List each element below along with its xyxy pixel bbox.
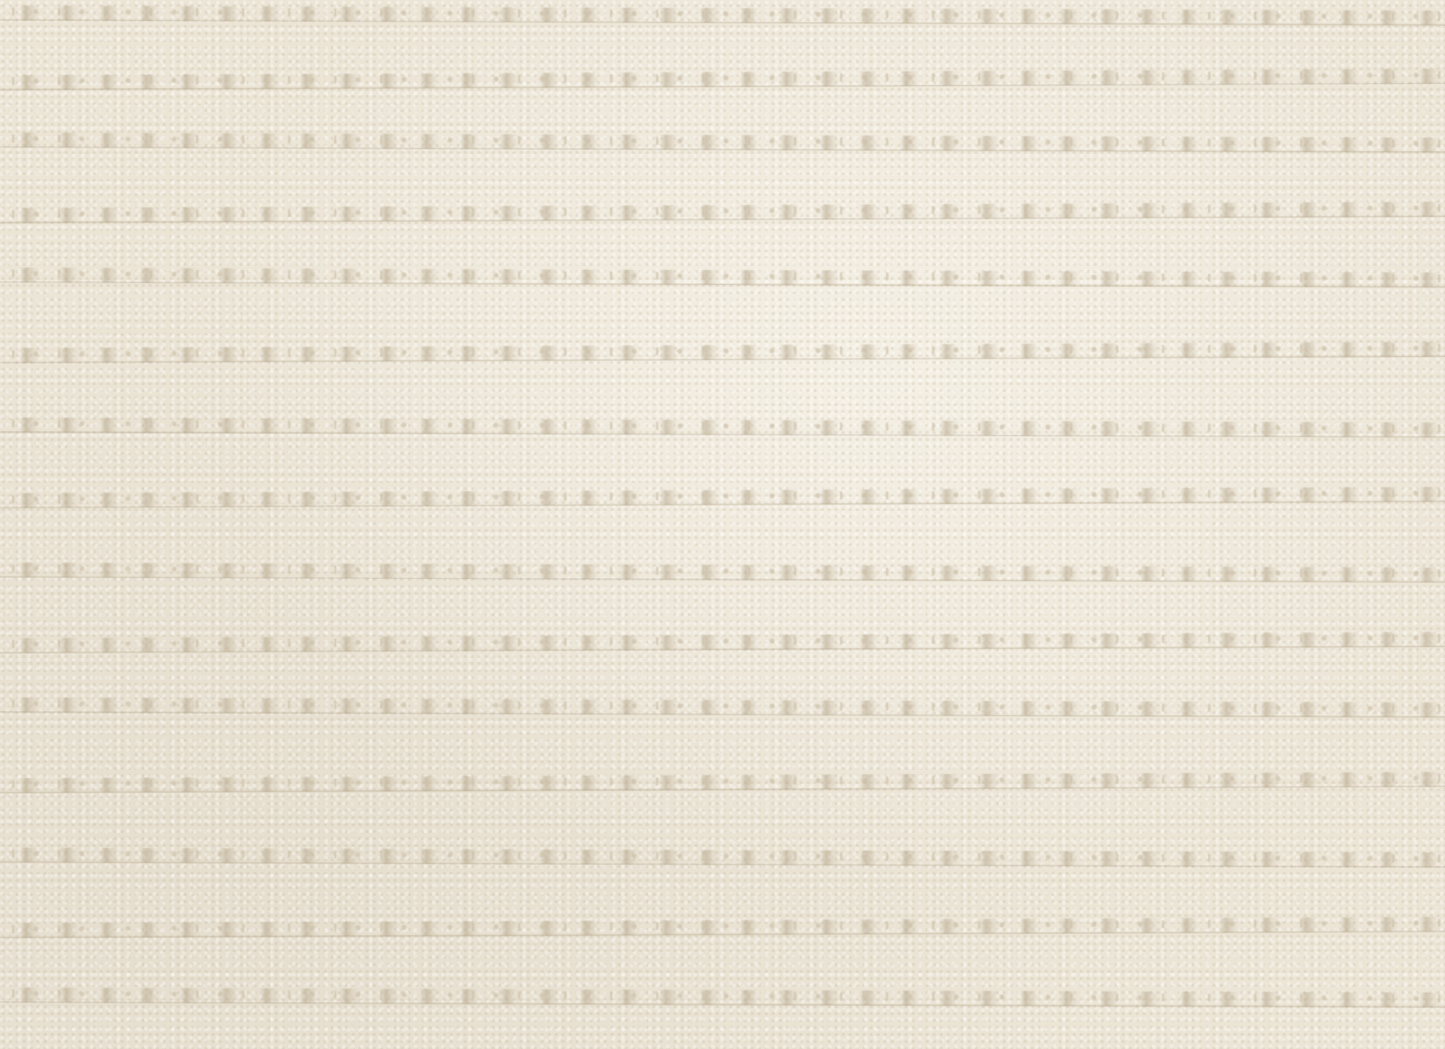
carpet-groove-row	[0, 917, 1445, 938]
carpet-rows	[0, 0, 1445, 1049]
carpet-groove-row	[0, 342, 1445, 363]
carpet-groove-row	[0, 697, 1445, 717]
carpet-groove-row	[0, 267, 1445, 287]
carpet-groove-row	[0, 487, 1445, 508]
carpet-groove-row	[0, 632, 1445, 653]
carpet-groove-row	[0, 202, 1445, 223]
carpet-texture-photo: Close-up of cream loop-pile carpet textu…	[0, 0, 1445, 1049]
carpet-groove-row	[0, 132, 1445, 152]
carpet-groove-row	[0, 847, 1445, 867]
carpet-groove-row	[0, 417, 1445, 437]
carpet-groove-row	[0, 5, 1445, 25]
carpet-groove-row	[0, 69, 1445, 90]
carpet-groove-row	[0, 772, 1445, 793]
carpet-groove-row	[0, 562, 1445, 582]
carpet-groove-row	[0, 987, 1445, 1007]
